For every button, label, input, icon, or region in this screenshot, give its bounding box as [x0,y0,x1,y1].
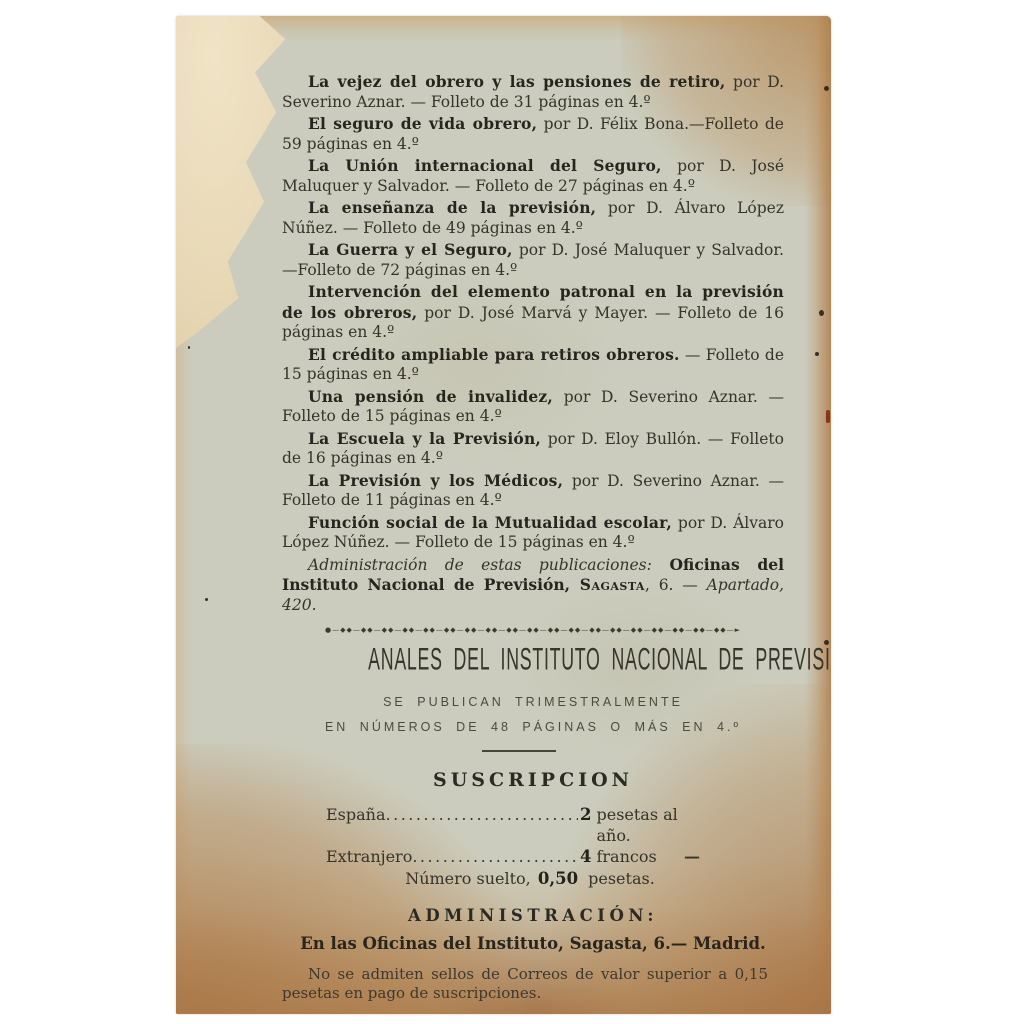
publication-title: Función social de la Mutualidad escolar, [308,513,672,532]
anales-subtitle-2: EN NÚMEROS DE 48 PÁGINAS O MÁS EN 4.º [282,718,784,738]
printed-content: La vejez del obrero y las pensiones de r… [282,72,784,1014]
single-issue-pre: Número suelto, [405,869,536,888]
dot-leader: ........................................… [412,846,578,867]
scanned-page: La vejez del obrero y las pensiones de r… [176,16,831,1014]
publication-item: La Escuela y la Previsión, por D. Eloy B… [282,429,784,469]
single-issue-amount: 0,50 [538,869,578,888]
rate-unit: francos [596,846,656,867]
admin-note-italic: Administración de estas publicaciones: [308,556,652,574]
photo-of-scanned-page: { "colors": { "paper": "#cbccbd", "ink":… [0,0,1024,1024]
suscripcion-heading: SUSCRIPCION [282,771,784,791]
publication-item: El crédito ampliable para retiros obrero… [282,345,784,385]
publication-item: El seguro de vida obrero, por D. Félix B… [282,114,784,154]
publication-item: La enseñanza de la previsión, por D. Álv… [282,198,784,238]
single-issue-post: pesetas. [583,869,655,888]
publication-item: La Guerra y el Seguro, por D. José Maluq… [282,240,784,280]
publication-item: Una pensión de invalidez, por D. Severin… [282,387,784,427]
publication-title: Una pensión de invalidez, [308,387,553,406]
anales-title: ANALES DEL INSTITUTO NACIONAL DE PREVISI… [282,650,784,684]
aged-left-edge [176,16,192,1014]
administracion-heading: ADMINISTRACIÓN: [282,906,784,926]
dot-leader: ........................................… [386,804,578,825]
short-rule [482,750,556,752]
publication-item: Intervención del elemento patronal en la… [282,282,784,343]
rate-label-dots: Extranjero..............................… [326,846,578,867]
rate-amount: 4 [580,846,591,867]
rate-dash: — [684,846,716,867]
red-mark [826,410,830,423]
paper-speck [819,310,824,316]
single-issue-price: Número suelto, 0,50 pesetas. [326,868,716,889]
rate-unit: pesetas al año. [596,804,716,846]
stamps-note: No se admiten sellos de Correos de valor… [282,965,768,1004]
anales-title-text: ANALES DEL INSTITUTO NACIONAL DE PREVISI… [368,647,831,673]
publications-admin-note: Administración de estas publicaciones: O… [282,555,784,616]
paper-speck [188,346,190,349]
publication-item: La Previsión y los Médicos, por D. Sever… [282,471,784,511]
paper-speck [815,352,819,356]
publication-item: Función social de la Mutualidad escolar,… [282,513,784,553]
paper-speck [824,86,829,91]
publication-title: La Previsión y los Médicos, [308,471,563,490]
publication-title: El crédito ampliable para retiros obrero… [308,345,680,364]
publication-title: La Guerra y el Seguro, [308,240,513,259]
rate-row-extranjero: Extranjero..............................… [326,846,716,867]
rate-amount: 2 [580,804,591,825]
publication-title: La Unión internacional del Seguro, [308,156,662,175]
ornamental-divider: ●—◆◆—◆◆—◆◆—◆◆—◆◆—◆◆—◆◆—◆◆—◆◆—◆◆—◆◆—◆◆—◆◆… [282,624,784,637]
publication-title: El seguro de vida obrero, [308,114,537,133]
subscription-rates: España..................................… [326,804,716,889]
paper-speck [205,598,208,601]
rate-row-espana: España..................................… [326,804,716,846]
aged-right-edge [805,16,831,1014]
administracion-address: En las Oficinas del Instituto, Sagasta, … [282,934,784,954]
admin-note-plain: , 6. — [645,576,707,594]
anales-subtitle-1: SE PUBLICAN TRIMESTRALMENTE [282,693,784,713]
rate-label-dots: España..................................… [326,804,578,825]
publication-title: La enseñanza de la previsión, [308,198,596,217]
rate-label: España [326,804,386,825]
admin-note-smallcaps: Sagasta [570,575,645,594]
publication-item: La vejez del obrero y las pensiones de r… [282,72,784,112]
publication-title: La Escuela y la Previsión, [308,429,541,448]
rate-label: Extranjero [326,846,412,867]
publication-title: La vejez del obrero y las pensiones de r… [308,72,726,91]
aged-top-edge [176,16,831,42]
publication-item: La Unión internacional del Seguro, por D… [282,156,784,196]
